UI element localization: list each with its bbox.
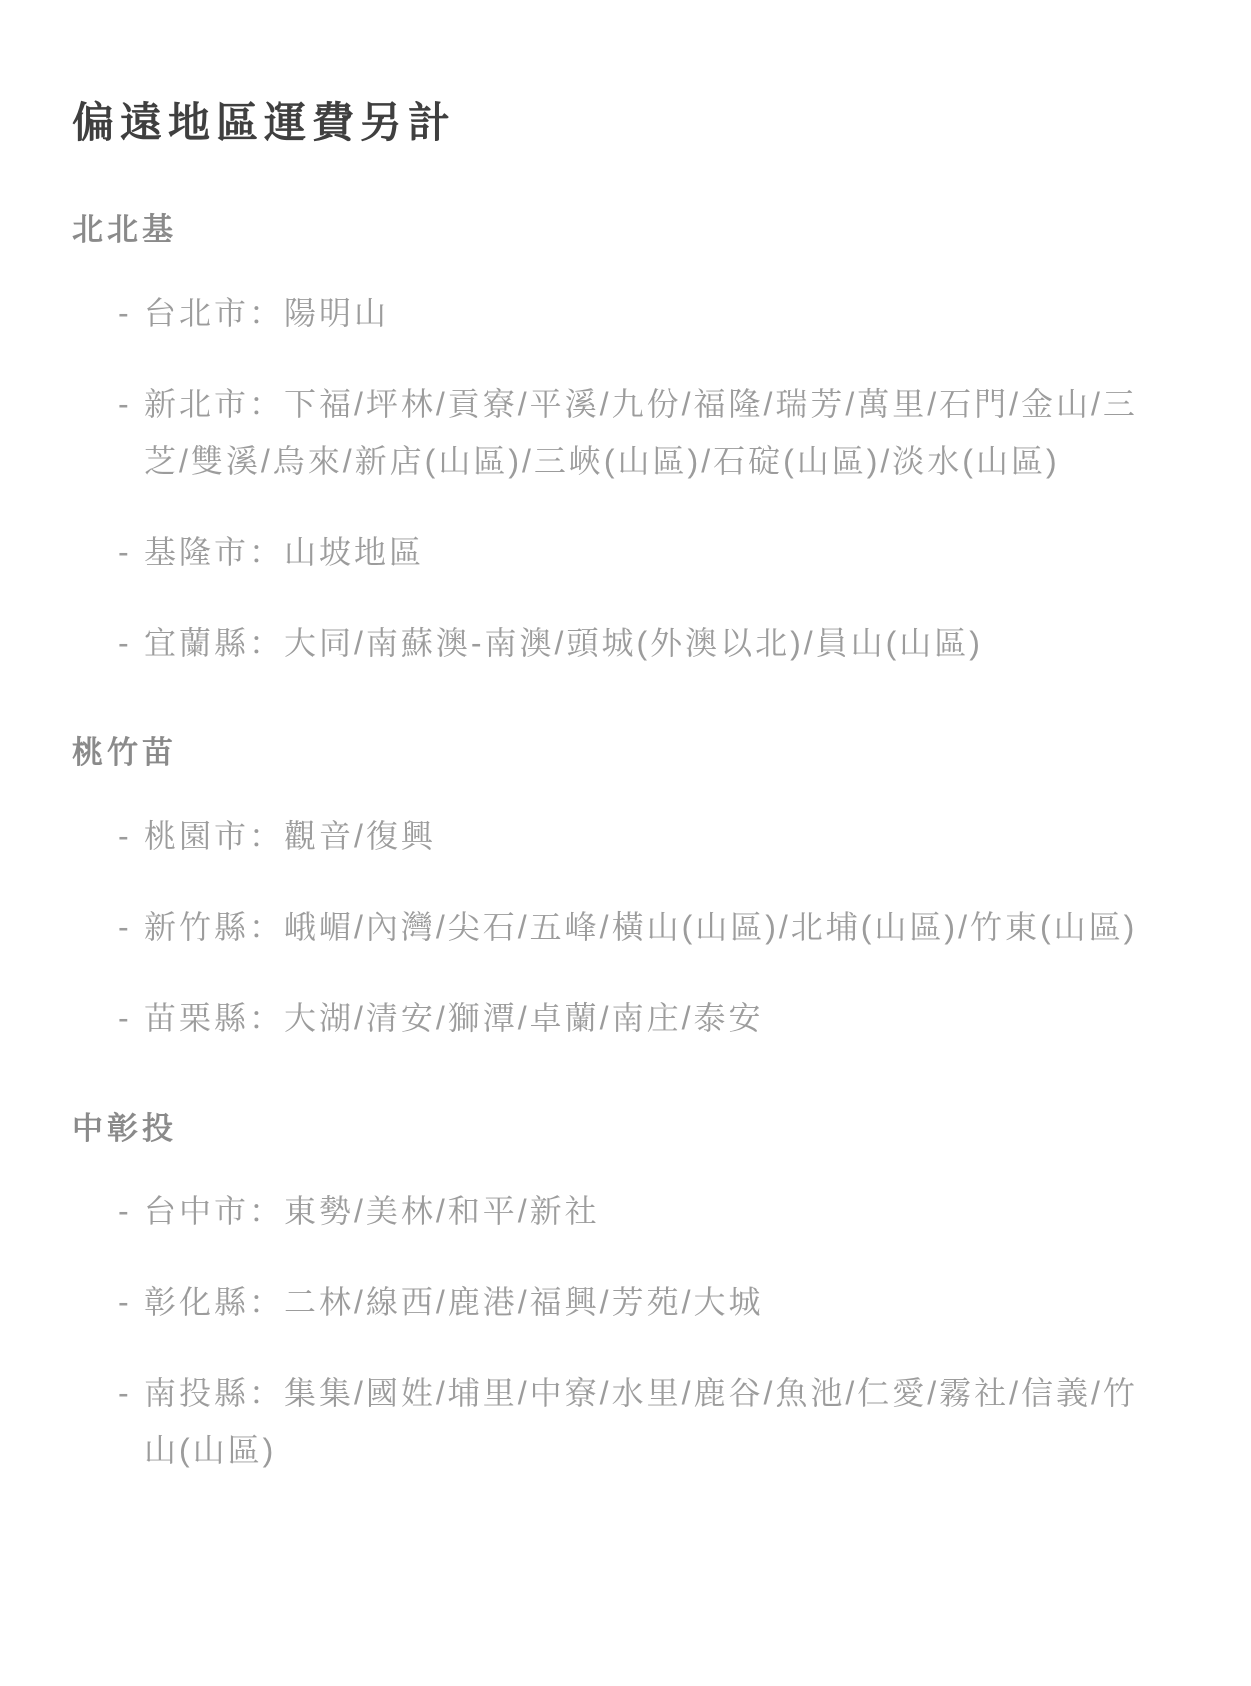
area-list-north: - 台北市：陽明山 - 新北市：下福/坪林/貢寮/平溪/九份/福隆/瑞芳/萬里/… [72, 285, 1181, 672]
area-text-new-taipei: 新北市：下福/坪林/貢寮/平溪/九份/福隆/瑞芳/萬里/石門/金山/三芝/雙溪/… [144, 376, 1156, 490]
list-item: - 苗栗縣：大湖/清安/獅潭/卓蘭/南庄/泰安 [118, 990, 1181, 1047]
section-taoyuan-hsinchu-miaoli: 桃竹苗 - 桃園市：觀音/復興 - 新竹縣：峨嵋/內灣/尖石/五峰/橫山(山區)… [72, 733, 1181, 1046]
list-item: - 台中市：東勢/美林/和平/新社 [118, 1183, 1181, 1240]
dash-bullet: - [118, 615, 144, 672]
list-item: - 台北市：陽明山 [118, 285, 1181, 342]
dash-bullet: - [118, 1183, 144, 1240]
section-heading-taozhumiao: 桃竹苗 [72, 733, 1181, 773]
area-text-keelung: 基隆市：山坡地區 [144, 524, 1156, 581]
section-heading-zhongzhangtou: 中彰投 [72, 1109, 1181, 1149]
area-text-hsinchu: 新竹縣：峨嵋/內灣/尖石/五峰/橫山(山區)/北埔(山區)/竹東(山區) [144, 899, 1156, 956]
dash-bullet: - [118, 808, 144, 865]
list-item: - 新北市：下福/坪林/貢寮/平溪/九份/福隆/瑞芳/萬里/石門/金山/三芝/雙… [118, 376, 1181, 490]
dash-bullet: - [118, 376, 144, 433]
area-text-nantou: 南投縣：集集/國姓/埔里/中寮/水里/鹿谷/魚池/仁愛/霧社/信義/竹山(山區) [144, 1365, 1156, 1479]
list-item: - 南投縣：集集/國姓/埔里/中寮/水里/鹿谷/魚池/仁愛/霧社/信義/竹山(山… [118, 1365, 1181, 1479]
remote-area-shipping-notice: 偏遠地區運費另計 北北基 - 台北市：陽明山 - 新北市：下福/坪林/貢寮/平溪… [0, 0, 1251, 1686]
area-text-taipei: 台北市：陽明山 [144, 285, 1156, 342]
list-item: - 彰化縣：二林/線西/鹿港/福興/芳苑/大城 [118, 1274, 1181, 1331]
list-item: - 基隆市：山坡地區 [118, 524, 1181, 581]
dash-bullet: - [118, 899, 144, 956]
dash-bullet: - [118, 524, 144, 581]
list-item: - 桃園市：觀音/復興 [118, 808, 1181, 865]
area-text-taoyuan: 桃園市：觀音/復興 [144, 808, 1156, 865]
dash-bullet: - [118, 1274, 144, 1331]
list-item: - 新竹縣：峨嵋/內灣/尖石/五峰/橫山(山區)/北埔(山區)/竹東(山區) [118, 899, 1181, 956]
list-item: - 宜蘭縣：大同/南蘇澳-南澳/頭城(外澳以北)/員山(山區) [118, 615, 1181, 672]
dash-bullet: - [118, 285, 144, 342]
area-text-changhua: 彰化縣：二林/線西/鹿港/福興/芳苑/大城 [144, 1274, 1156, 1331]
area-text-miaoli: 苗栗縣：大湖/清安/獅潭/卓蘭/南庄/泰安 [144, 990, 1156, 1047]
area-text-yilan: 宜蘭縣：大同/南蘇澳-南澳/頭城(外澳以北)/員山(山區) [144, 615, 1156, 672]
area-list-taozhumiao: - 桃園市：觀音/復興 - 新竹縣：峨嵋/內灣/尖石/五峰/橫山(山區)/北埔(… [72, 808, 1181, 1047]
dash-bullet: - [118, 990, 144, 1047]
page-title: 偏遠地區運費另計 [72, 98, 1181, 148]
section-taichung-changhua-nantou: 中彰投 - 台中市：東勢/美林/和平/新社 - 彰化縣：二林/線西/鹿港/福興/… [72, 1109, 1181, 1479]
area-list-zhongzhangtou: - 台中市：東勢/美林/和平/新社 - 彰化縣：二林/線西/鹿港/福興/芳苑/大… [72, 1183, 1181, 1479]
area-text-taichung: 台中市：東勢/美林/和平/新社 [144, 1183, 1156, 1240]
section-heading-north: 北北基 [72, 210, 1181, 250]
dash-bullet: - [118, 1365, 144, 1422]
section-north-taiwan: 北北基 - 台北市：陽明山 - 新北市：下福/坪林/貢寮/平溪/九份/福隆/瑞芳… [72, 210, 1181, 671]
